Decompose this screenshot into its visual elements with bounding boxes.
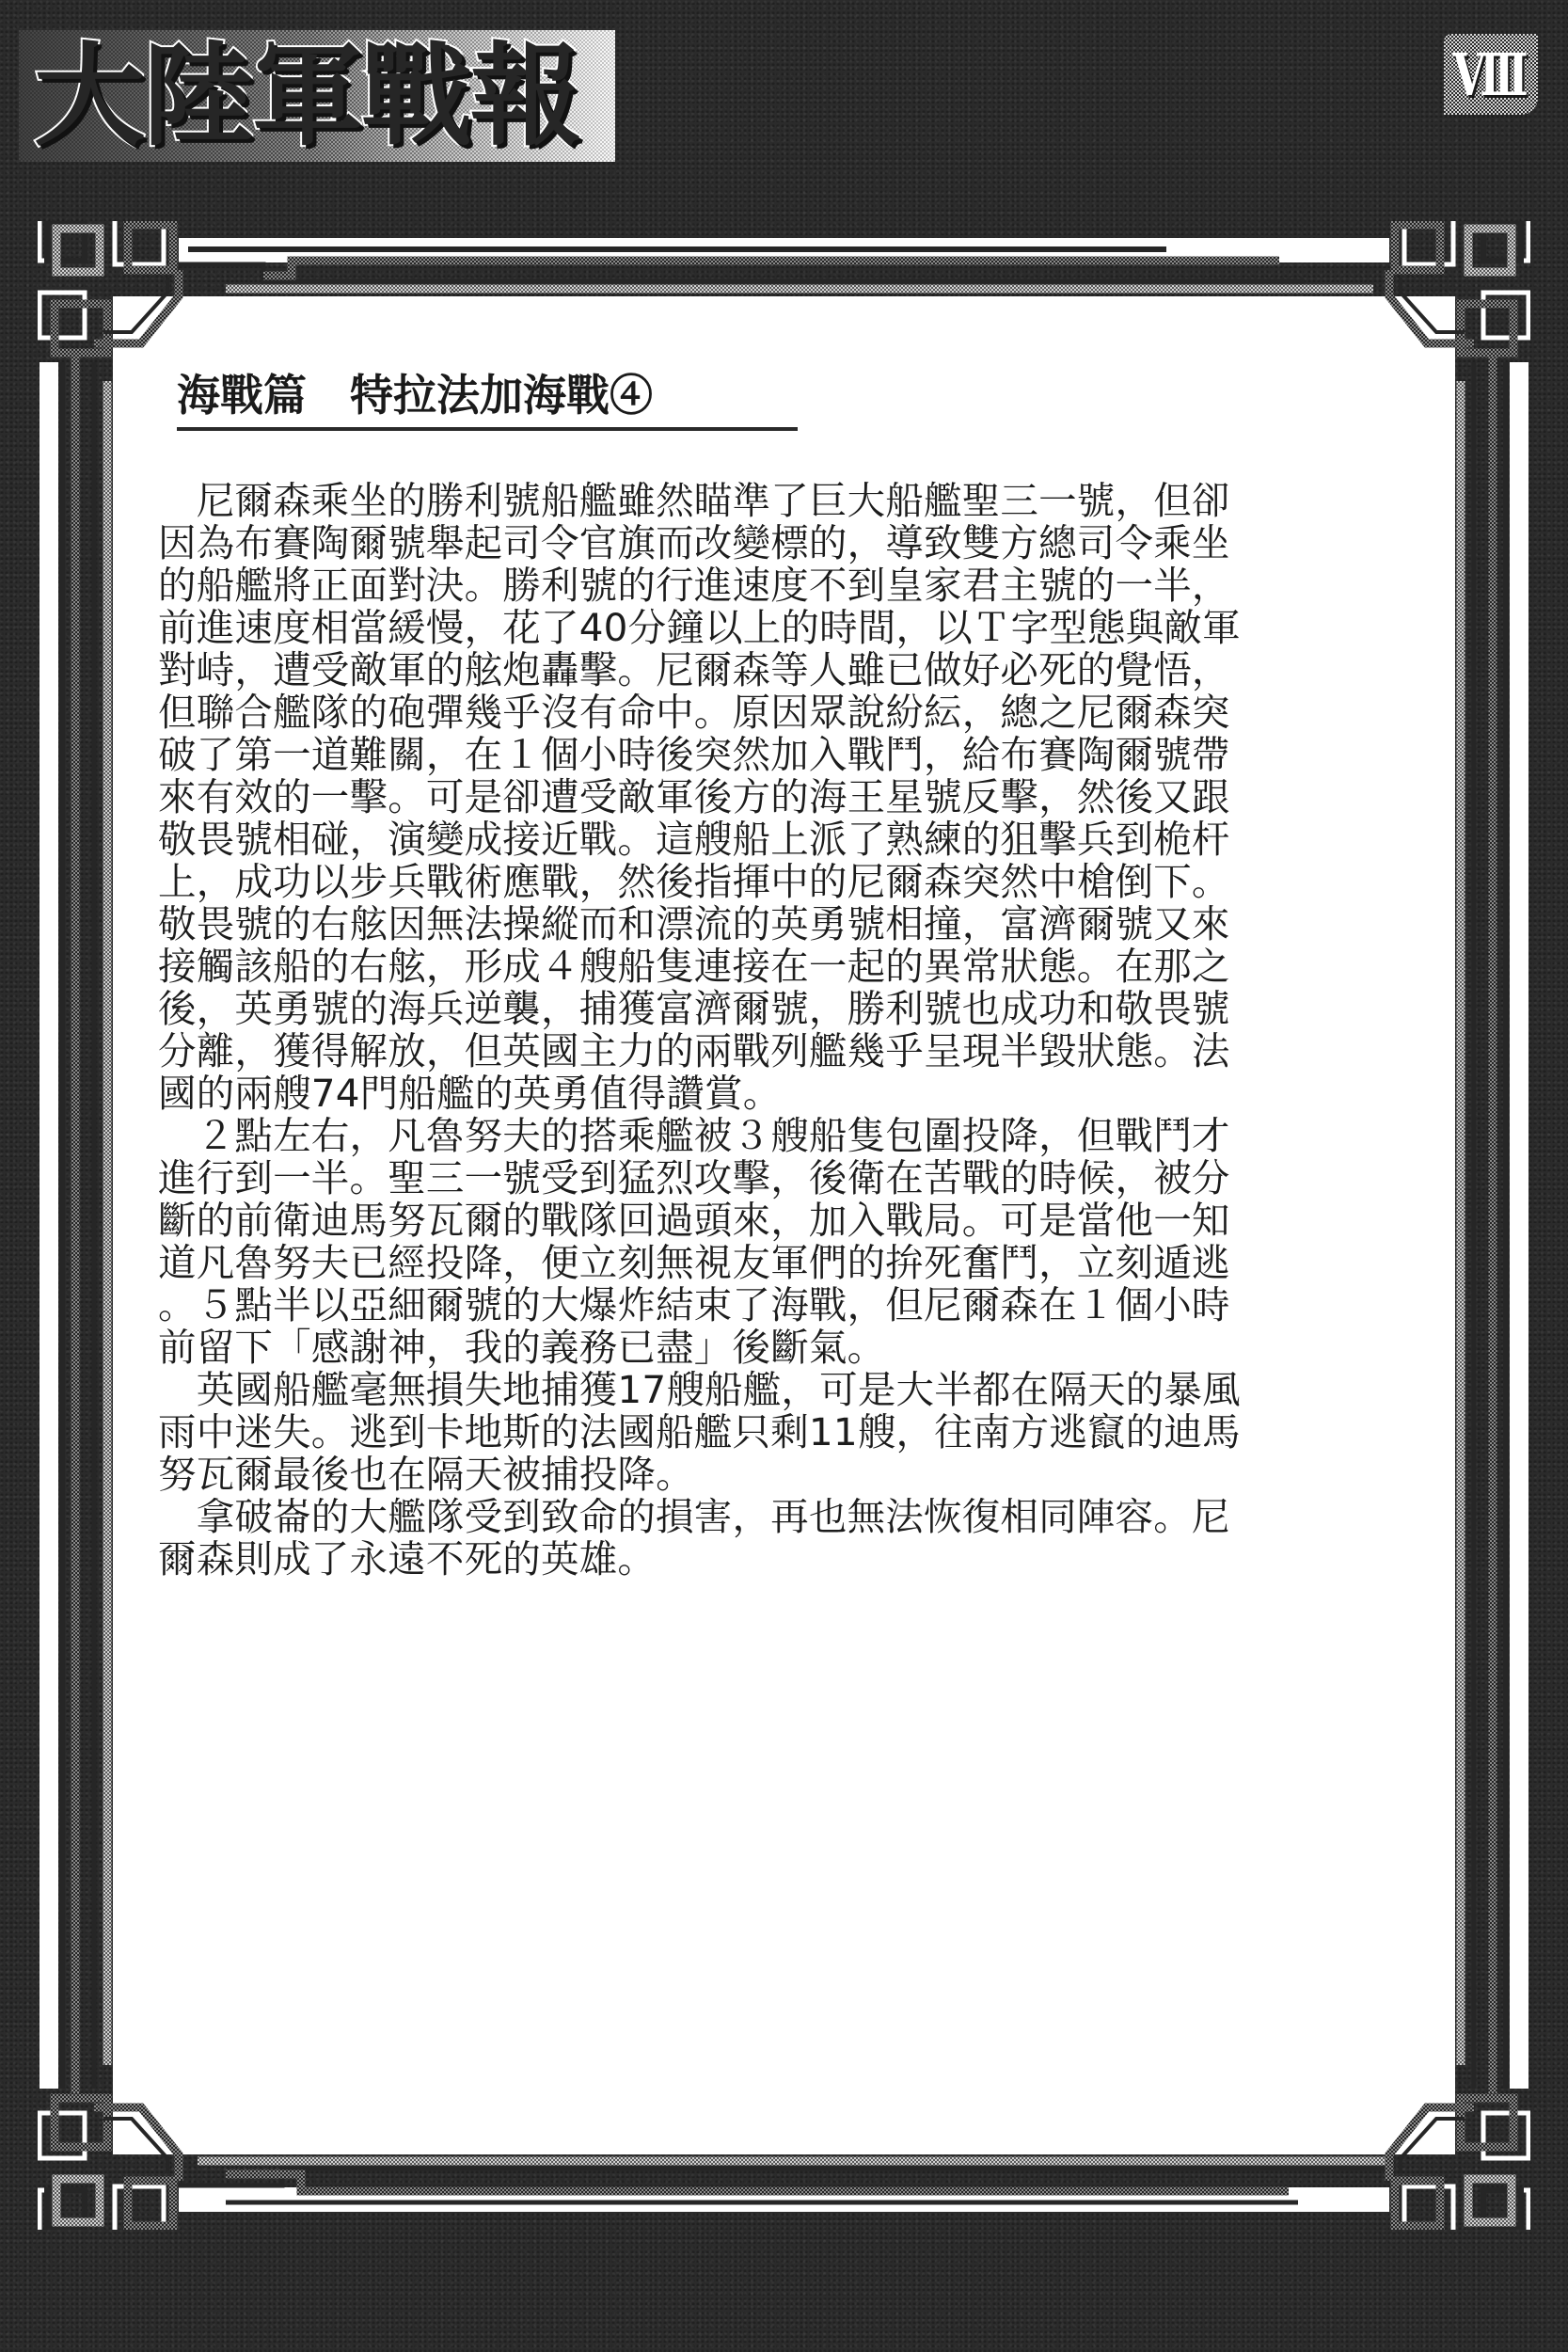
frame-corner-bottom-right	[1389, 2098, 1528, 2230]
text-line: 因為布賽陶爾號舉起司令官旗而改變標的，導致雙方總司令乘坐	[158, 522, 1400, 564]
text-line: 爾森則成了永遠不死的英雄。	[158, 1538, 1400, 1581]
paragraph-3: 英國船艦毫無損失地捕獲17艘船艦，可是大半都在隔天的暴風 雨中迷失。逃到卡地斯的…	[158, 1369, 1400, 1496]
chapter-badge: VIII	[1444, 34, 1538, 115]
frame-corner-top-right	[1389, 221, 1528, 353]
text-line: 雨中迷失。逃到卡地斯的法國船艦只剩11艘，往南方逃竄的迪馬	[158, 1411, 1400, 1454]
text-line: 分離，獲得解放，但英國主力的兩戰列艦幾乎呈現半毀狀態。法	[158, 1030, 1400, 1073]
text-line: 來有效的一擊。可是卻遭受敵軍後方的海王星號反擊，然後又跟	[158, 776, 1400, 818]
text-line: 破了第一道難關，在１個小時後突然加入戰鬥，給布賽陶爾號帶	[158, 734, 1400, 776]
article: 海戰篇 特拉法加海戰④ 尼爾森乘坐的勝利號船艦雖然瞄準了巨大船艦聖三一號，但卻 …	[158, 369, 1400, 1581]
text-line: 敬畏號相碰，演變成接近戰。這艘船上派了熟練的狙擊兵到桅杆	[158, 818, 1400, 861]
text-line: 英國船艦毫無損失地捕獲17艘船艦，可是大半都在隔天的暴風	[158, 1369, 1400, 1411]
text-line: ２點左右，凡魯努夫的搭乘艦被３艘船隻包圍投降，但戰鬥才	[158, 1115, 1400, 1157]
article-body: 尼爾森乘坐的勝利號船艦雖然瞄準了巨大船艦聖三一號，但卻 因為布賽陶爾號舉起司令官…	[158, 480, 1400, 1581]
text-line: 。５點半以亞細爾號的大爆炸結束了海戰，但尼爾森在１個小時	[158, 1284, 1400, 1327]
frame-corner-top-left	[40, 221, 179, 353]
frame-corner-bottom-left	[40, 2098, 179, 2230]
paragraph-4: 拿破崙的大艦隊受到致命的損害，再也無法恢復相同陣容。尼 爾森則成了永遠不死的英雄…	[158, 1496, 1400, 1581]
text-line: 上，成功以步兵戰術應戰，然後指揮中的尼爾森突然中槍倒下。	[158, 861, 1400, 903]
frame-bottom-rail	[179, 2161, 1389, 2212]
chapter-numeral: VIII	[1453, 40, 1528, 109]
paragraph-2: ２點左右，凡魯努夫的搭乘艦被３艘船隻包圍投降，但戰鬥才 進行到一半。聖三一號受到…	[158, 1115, 1400, 1369]
text-line: 斷的前衛迪馬努瓦爾的戰隊回過頭來，加入戰局。可是當他一知	[158, 1200, 1400, 1242]
text-line: 進行到一半。聖三一號受到猛烈攻擊，後衛在苦戰的時候，被分	[158, 1157, 1400, 1200]
paragraph-1: 尼爾森乘坐的勝利號船艦雖然瞄準了巨大船艦聖三一號，但卻 因為布賽陶爾號舉起司令官…	[158, 480, 1400, 1115]
text-line: 後，英勇號的海兵逆襲，捕獲富濟爾號，勝利號也成功和敬畏號	[158, 988, 1400, 1030]
text-line: 敬畏號的右舷因無法操縱而和漂流的英勇號相撞，富濟爾號又來	[158, 903, 1400, 946]
banner-title: 大陸軍戰報	[34, 40, 579, 151]
text-line: 努瓦爾最後也在隔天被捕投降。	[158, 1454, 1400, 1496]
frame-left-rail	[40, 353, 107, 2093]
text-line: 尼爾森乘坐的勝利號船艦雖然瞄準了巨大船艦聖三一號，但卻	[158, 480, 1400, 522]
text-line: 前留下「感謝神，我的義務已盡」後斷氣。	[158, 1327, 1400, 1369]
text-line: 接觸該船的右舷，形成４艘船隻連接在一起的異常狀態。在那之	[158, 946, 1400, 988]
header-banner: 大陸軍戰報	[19, 30, 615, 162]
text-line: 的船艦將正面對決。勝利號的行進速度不到皇家君主號的一半，	[158, 564, 1400, 607]
frame-right-rail	[1461, 353, 1528, 2093]
text-line: 國的兩艘74門船艦的英勇值得讚賞。	[158, 1073, 1400, 1115]
text-line: 拿破崙的大艦隊受到致命的損害，再也無法恢復相同陣容。尼	[158, 1496, 1400, 1538]
article-title: 海戰篇 特拉法加海戰④	[177, 369, 798, 431]
text-line: 道凡魯努夫已經投降，便立刻無視友軍們的拚死奮鬥，立刻遁逃	[158, 1242, 1400, 1284]
text-line: 對峙，遭受敵軍的舷炮轟擊。尼爾森等人雖已做好必死的覺悟，	[158, 649, 1400, 691]
text-line: 但聯合艦隊的砲彈幾乎沒有命中。原因眾說紛紜，總之尼爾森突	[158, 691, 1400, 734]
frame-top-rail	[179, 238, 1389, 289]
text-line: 前進速度相當緩慢，花了40分鐘以上的時間，以Ｔ字型態與敵軍	[158, 607, 1400, 649]
